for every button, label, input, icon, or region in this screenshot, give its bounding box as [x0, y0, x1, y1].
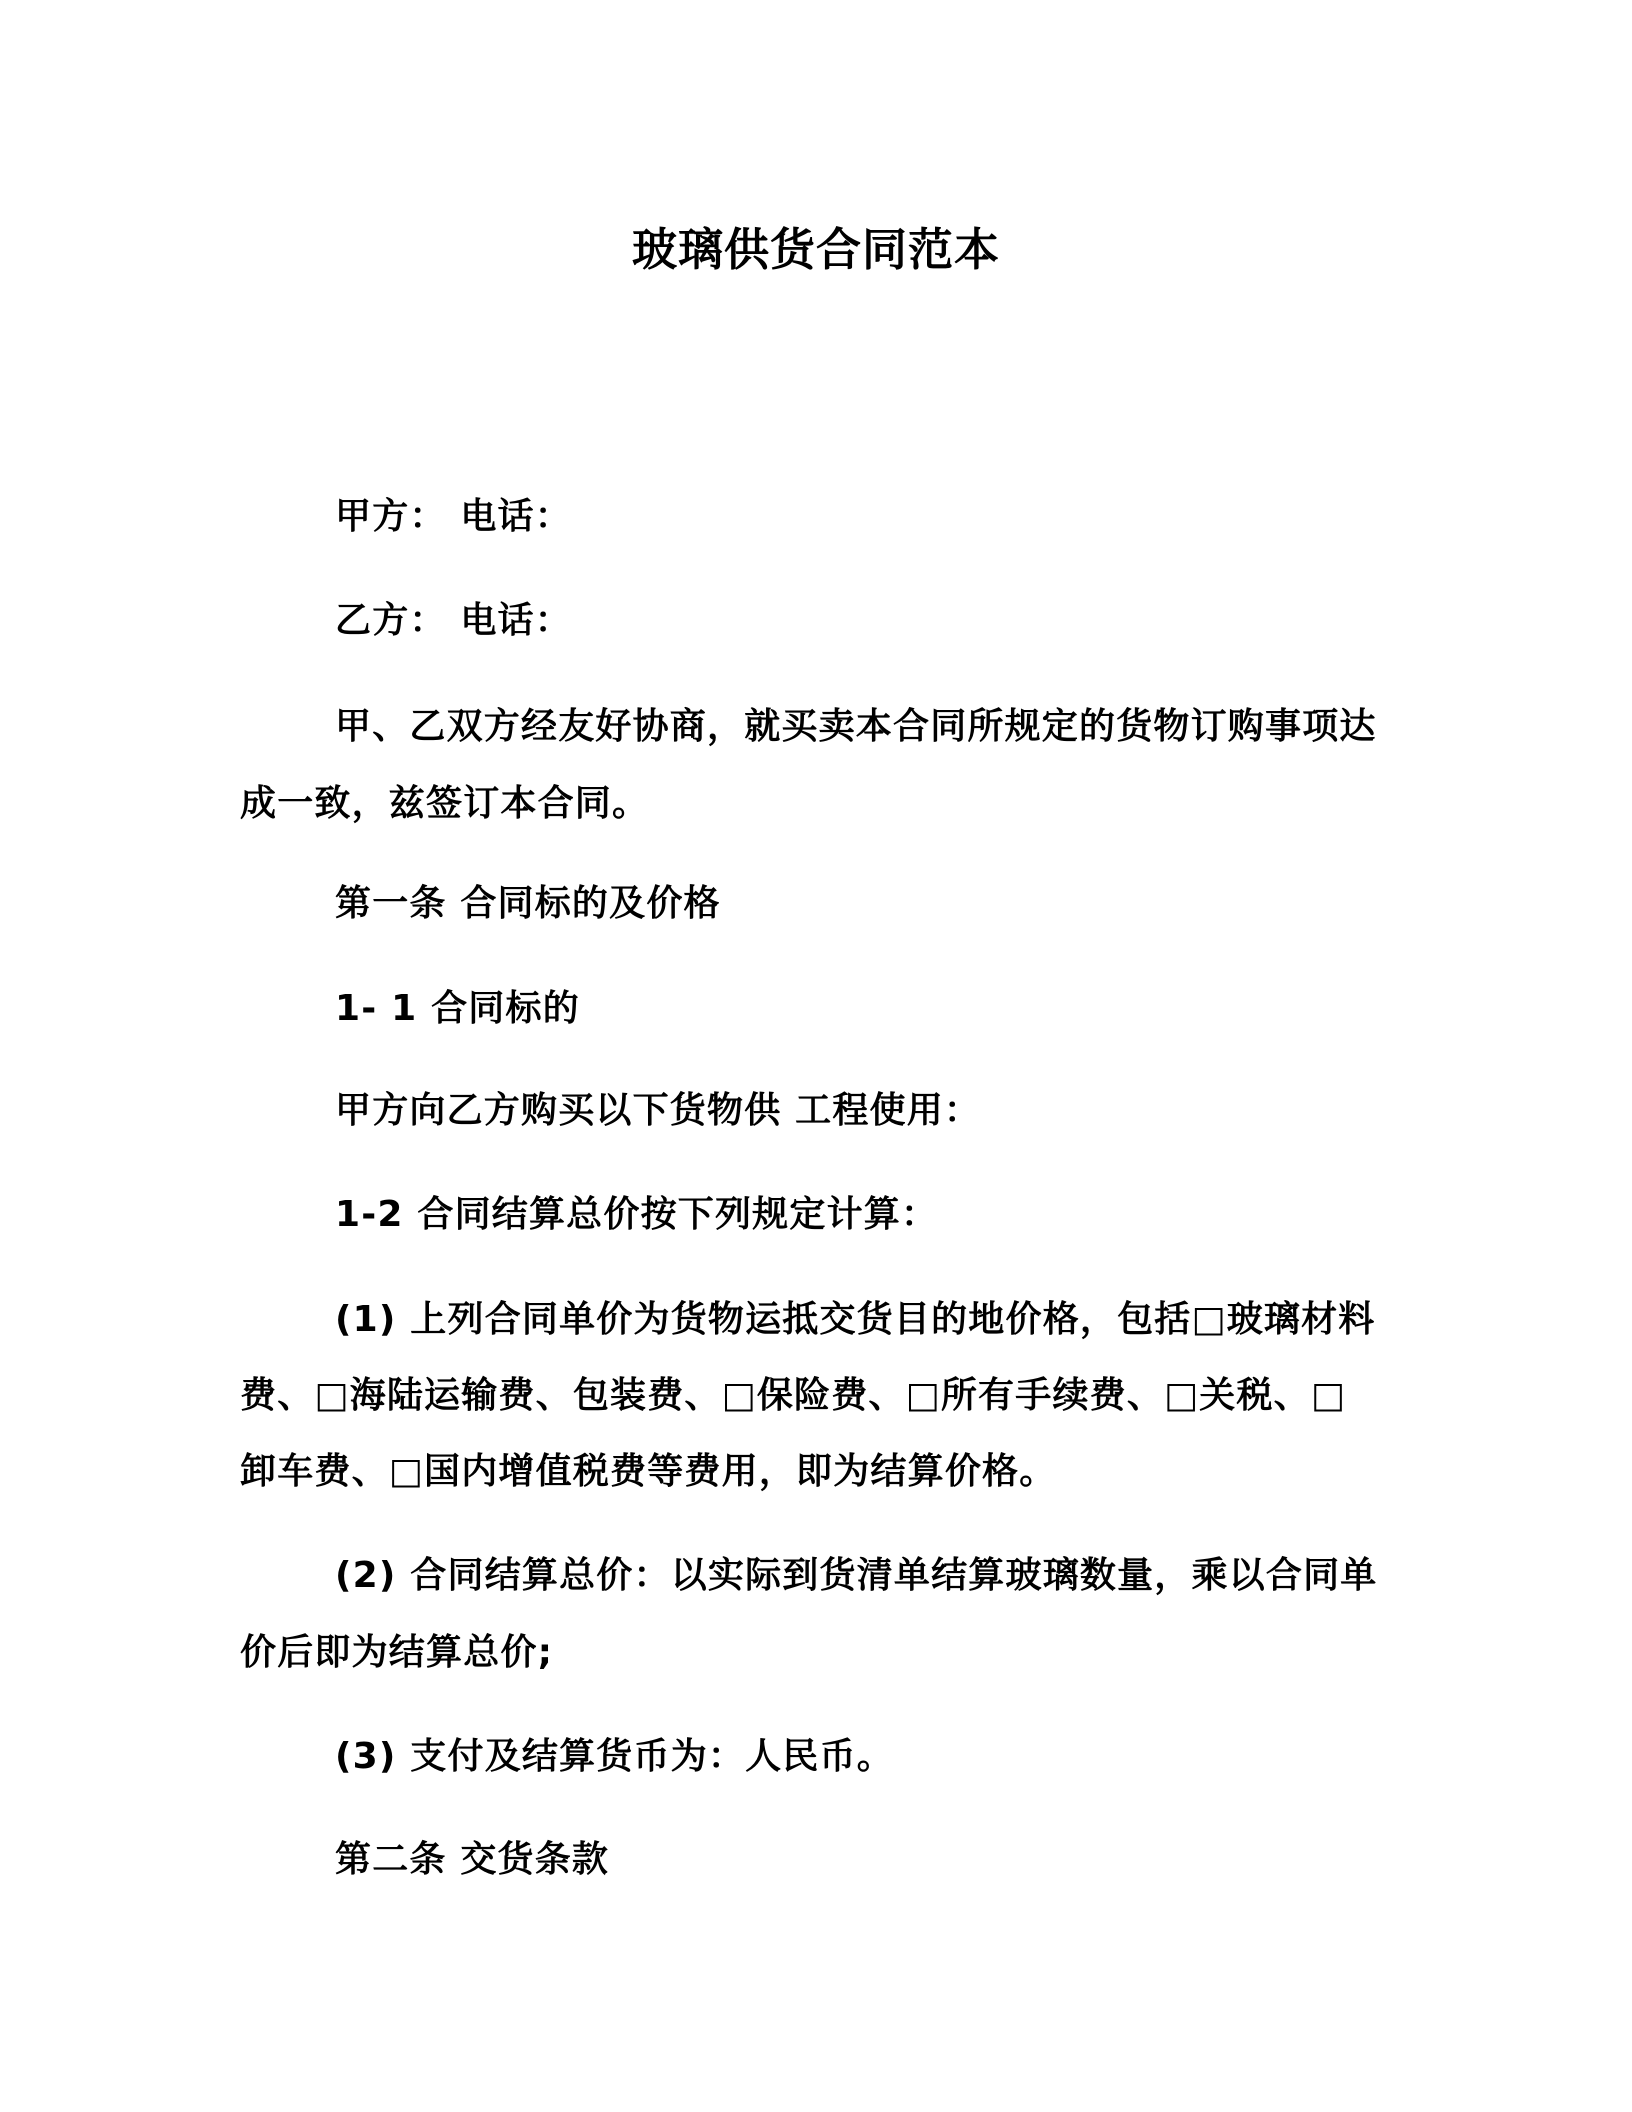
paragraph-line: 甲、乙双方经友好协商，就买卖本合同所规定的货物订购事项达: [335, 702, 1377, 752]
paragraph-line: 成一致，兹签订本合同。: [240, 779, 649, 829]
paragraph-line: (2) 合同结算总价：以实际到货清单结算玻璃数量，乘以合同单: [335, 1551, 1378, 1601]
section-1-1-heading: 1- 1 合同标的: [335, 984, 580, 1034]
paragraph-line: (1) 上列合同单价为货物运抵交货目的地价格，包括□玻璃材料: [335, 1295, 1376, 1345]
document-title: 玻璃供货合同范本: [0, 222, 1632, 278]
document-page: 玻璃供货合同范本 甲方： 电话： 乙方： 电话： 甲、乙双方经友好协商，就买卖本…: [0, 0, 1632, 2112]
article-2-heading: 第二条 交货条款: [335, 1835, 609, 1885]
paragraph-line: 费、□海陆运输费、包装费、□保险费、□所有手续费、□关税、□: [240, 1371, 1346, 1421]
party-a-line: 甲方： 电话：: [335, 492, 572, 542]
party-b-line: 乙方： 电话：: [335, 596, 572, 646]
item-3-paragraph: (3) 支付及结算货币为：人民币。: [335, 1732, 894, 1782]
section-1-1-text: 甲方向乙方购买以下货物供 工程使用：: [335, 1086, 981, 1136]
section-1-2-heading: 1-2 合同结算总价按下列规定计算：: [335, 1190, 938, 1240]
paragraph-line: 价后即为结算总价;: [240, 1628, 553, 1678]
article-1-heading: 第一条 合同标的及价格: [335, 879, 721, 929]
paragraph-line: 卸车费、□国内增值税费等费用，即为结算价格。: [240, 1447, 1056, 1497]
